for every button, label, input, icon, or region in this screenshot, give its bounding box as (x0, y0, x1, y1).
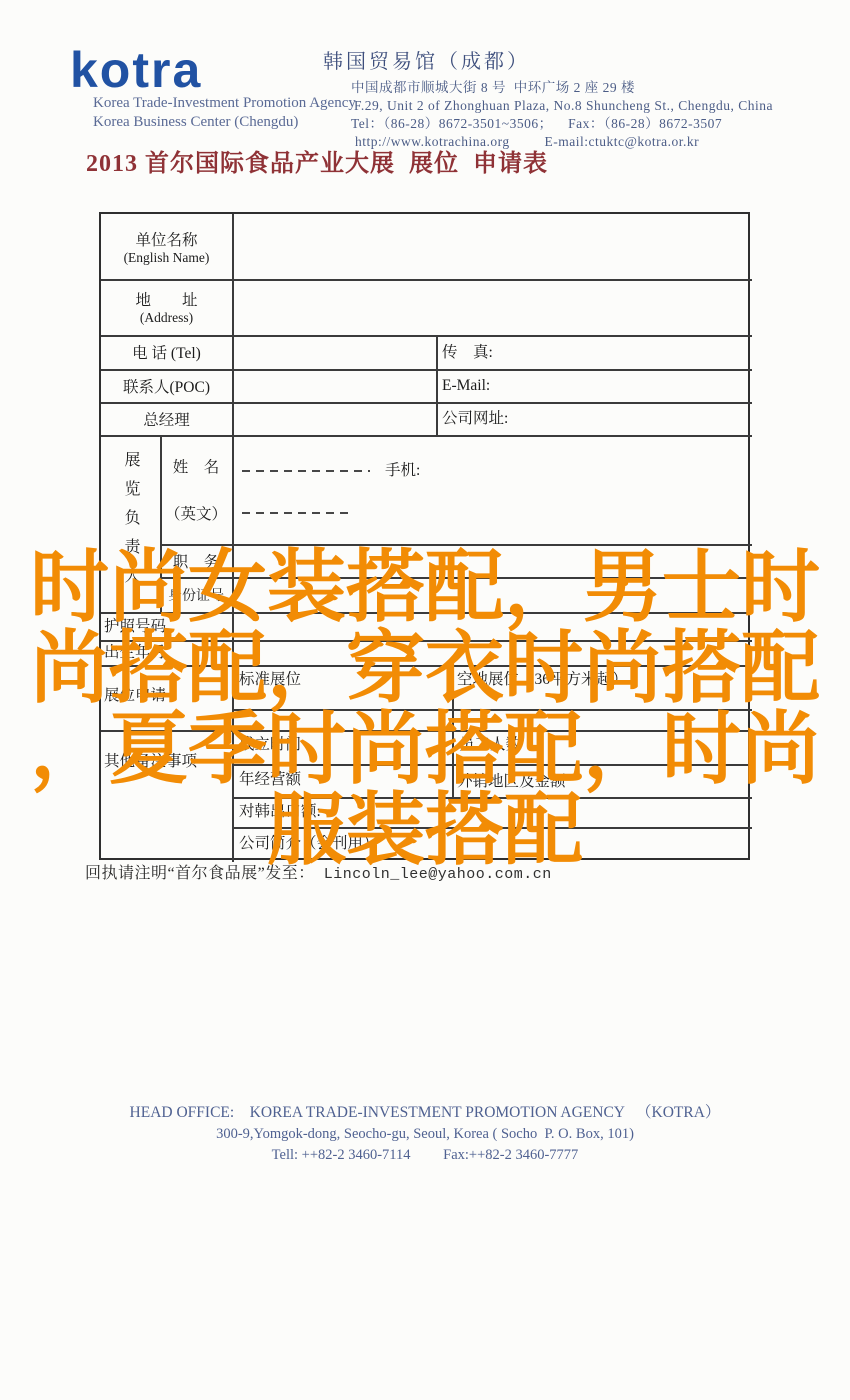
business-center-line: Korea Business Center (Chengdu) (93, 113, 298, 131)
fax-label: 传 真: (442, 343, 493, 362)
agency-name-line: Korea Trade-Investment Promotion Agency (93, 94, 356, 112)
company-name-label-cn: 单位名称 (135, 228, 197, 250)
footer-address-line: 300-9,Yomgok-dong, Seocho-gu, Seoul, Kor… (0, 1124, 850, 1145)
tel-label-cell: 电 话 (Tel) (101, 335, 232, 369)
address-label-en: (Address) (140, 310, 193, 326)
watermark-text-line: ，夏季时尚搭配，时尚 (0, 708, 850, 789)
office-address-cn: 中国成都市顺城大街 8 号 中环广场 2 座 29 楼 (351, 79, 635, 96)
office-address-en: F.29, Unit 2 of Zhonghuan Plaza, No.8 Sh… (354, 97, 773, 114)
watermark-text-line: 尚搭配，穿衣时尚搭配 (0, 627, 850, 708)
company-name-label-cell: 单位名称 (English Name) (101, 214, 232, 279)
head-office-footer: HEAD OFFICE: KOREA TRADE-INVESTMENT PROM… (0, 1102, 850, 1166)
document-title: 2013 首尔国际食品产业大展 展位 申请表 (86, 149, 548, 179)
footer-tel-fax-line: Tell: ++82-2 3460-7114 Fax:++82-2 3460-7… (0, 1145, 850, 1166)
kotra-logo: kotra (70, 44, 202, 96)
manager-name-label: 姓 名 (173, 455, 220, 477)
office-tel-fax: Tel：（86-28）8672-3501~3506； Fax：（86-28）86… (351, 115, 722, 132)
grid-line-v (436, 335, 438, 435)
address-label-cn: 地 址 (135, 288, 197, 310)
gm-label: 总经理 (143, 408, 190, 430)
watermark-text-line: 时尚女装搭配，男士时 (0, 546, 850, 627)
poc-label: 联系人(POC) (123, 375, 210, 397)
poc-label-cell: 联系人(POC) (101, 369, 232, 402)
manager-name-en-label: （英文） (165, 502, 227, 524)
email-label: E-Mail: (442, 376, 490, 395)
office-web-email: http://www.kotrachina.org E-mail:ctuktc@… (355, 133, 699, 150)
footer-head-office-line: HEAD OFFICE: KOREA TRADE-INVESTMENT PROM… (0, 1102, 850, 1124)
watermark-text-line: 服装搭配 (0, 789, 850, 870)
address-label-cell: 地 址 (Address) (101, 279, 232, 335)
website-label: 公司网址: (442, 409, 508, 428)
office-name-cn: 韩国贸易馆（成都） (323, 50, 530, 74)
scanned-application-form-page: kotra Korea Trade-Investment Promotion A… (0, 0, 850, 1400)
dash-placeholder (242, 512, 354, 514)
tel-label: 电 话 (Tel) (132, 341, 201, 363)
dash-placeholder (242, 470, 370, 472)
gm-label-cell: 总经理 (101, 402, 232, 435)
manager-name-label-cell: 姓 名 （英文） (160, 435, 232, 544)
mobile-label: 手机: (385, 461, 420, 480)
company-name-label-en: (English Name) (124, 250, 210, 266)
